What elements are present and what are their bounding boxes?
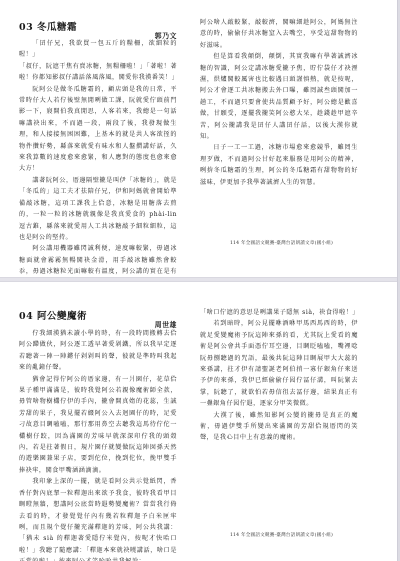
page-2: 04 阿公變魔術 周世雄 佇我細漢猶未讀小學的時，有一段時間搬轉去佮阿公蹛做伙，… — [0, 282, 397, 561]
paragraph: 日子一工一工過，冰糖市場愈來愈競爭，雖罔生理歹做，不而過阿公甘好起來服務是用阿公… — [200, 142, 358, 188]
paragraph: 講著阮阿公，厝邊隔壁攏是叫伊「冰糖的」，就是「冬瓜的」這工夫才抾陪仔兄，伊和阿媽… — [19, 175, 177, 243]
right-column: 阿公啥人敲較緊，敲較濟，閣嘛細趁阿公，阿媽無注意的時，偷偷仔共冰糖窒入去嘴空，享… — [200, 17, 358, 188]
page-footer: 114 年全國語文競賽-臺灣台語朗讀文章(國小組) — [230, 240, 333, 246]
page-footer: 114 年全國語文競賽-臺灣台語朗讀文章(國小組) — [230, 532, 333, 538]
paragraph: 若到暗時，阿公見擺咻酒咻甲馬西馬西的時，伊就足愛變魔術予阮這陣來孫的看，尤其阮上… — [200, 318, 358, 409]
paragraph: 阿公啥人敲較緊，敲較濟，閣嘛細趁阿公，阿媽無注意的時，偷偷仔共冰糖窒入去嘴空，享… — [200, 17, 358, 51]
paragraph: 「啥口佇遮的意思是咧講果子隱無 sià，袂食得啦！」 — [200, 307, 358, 318]
paragraph: 阮阿公是做冬瓜糖霜的，顧店頭是我的日常，平常時仔大人若佇後壁無閒咧做工課，阮就愛… — [19, 84, 177, 175]
paragraph: 但是算看我顛倒，顛倒，其實我嘛有學著誠濟冰糖的智識，阿公定講冰糖愛攏予焦，貯佇袋… — [200, 51, 358, 142]
document-viewer: 03 冬瓜糖霜 郭乃文 「囝仔兄，我欲買一包五斤的糧柵，欲細粒的喔！」 「叔仔，… — [0, 0, 397, 561]
paragraph: 我印象上深的一擺，就是看阿公共示覺紙閃，香香仔對內底挈一粒釋迦出來欲予我食，彼時… — [19, 476, 177, 561]
left-column: 佇我細漢猶未讀小學的時，有一段時間搬轉去佮阿公蹛做伙，阿公逐工透早著愛剁鐵，所以… — [19, 328, 177, 561]
paragraph: 大漢了後，雖然知影阿公變的攏毋是真正的魔術，毋過伊雙手所變出來滿園的芳甜佮規厝閃… — [200, 410, 358, 444]
paragraph: 「囝仔兄，我欲買一包五斤的糧柵，欲細粒的喔！」 — [19, 38, 177, 61]
paragraph: 「叔仔，阮遮干焦有賣冰糖，無糧柵啦！」「著啦！著啦！你都知影叔仔講話落風落風，閣… — [19, 61, 177, 84]
page-1: 03 冬瓜糖霜 郭乃文 「囝仔兄，我欲買一包五斤的糧柵，欲細粒的喔！」 「叔仔，… — [0, 0, 397, 277]
paragraph: 佇我細漢猶未讀小學的時，有一段時間搬轉去佮阿公蹛做伙，阿公逐工透早著愛剁鐵，所以… — [19, 328, 177, 374]
left-column: 「囝仔兄，我欲買一包五斤的糧柵，欲細粒的喔！」 「叔仔，阮遮干焦有賣冰糖，無糧柵… — [19, 38, 177, 300]
right-column: 「啥口佇遮的意思是咧講果子隱無 sià，袂食得啦！」 若到暗時，阿公見擺咻酒咻甲… — [200, 307, 358, 444]
paragraph: 猶會記得佇阿公的厝家邊，有一爿園仔，花草佮果子種甲滿滿是，彼時我覺阿公若親像魔術… — [19, 374, 177, 477]
